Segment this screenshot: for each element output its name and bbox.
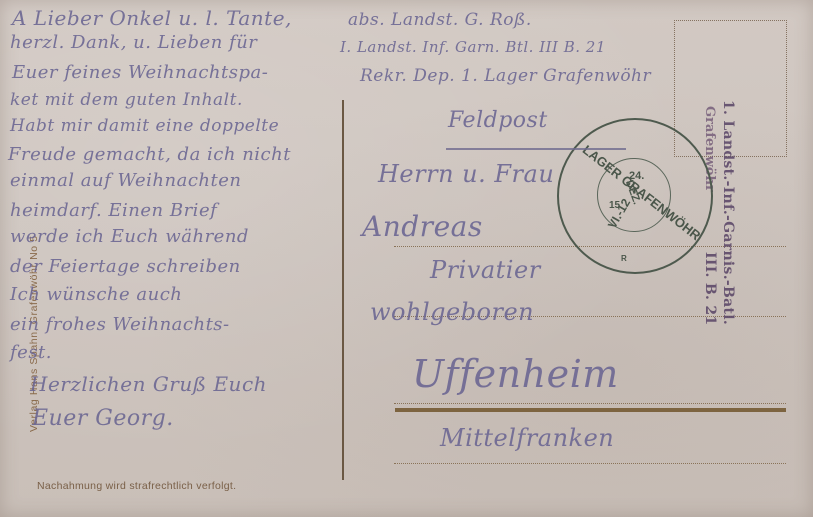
message-line: Ich wünsche auch xyxy=(10,284,182,305)
message-line: A Lieber Onkel u. l. Tante, xyxy=(12,6,292,30)
message-line: herzl. Dank, u. Lieben für xyxy=(10,32,257,53)
recipient-region: Mittelfranken xyxy=(440,424,614,452)
postmark-cancel: LAGER GRAFENWÖHR 24. DEZ. 15 VI.-12 R xyxy=(557,118,713,274)
unit-stamp-line3: III. B. 21 xyxy=(702,252,718,325)
sender-line: abs. Landst. G. Roß. xyxy=(348,10,532,30)
message-signature: Euer Georg. xyxy=(32,406,174,431)
recipient-town: Uffenheim xyxy=(412,352,619,396)
message-line: ein frohes Weihnachts- xyxy=(10,314,230,335)
recipient-extra: wohlgeboren xyxy=(370,298,534,326)
message-line: Freude gemacht, da ich nicht xyxy=(8,144,291,165)
feldpost-underline xyxy=(446,148,626,150)
recipient-name: Andreas xyxy=(362,210,483,243)
recipient-salutation: Herrn u. Frau xyxy=(378,160,554,188)
message-line: werde ich Euch während xyxy=(10,226,249,247)
message-line: einmal auf Weihnachten xyxy=(10,170,242,191)
address-line-3 xyxy=(394,403,786,404)
recipient-occupation: Privatier xyxy=(430,256,541,284)
feldpost-marking: Feldpost xyxy=(448,108,548,133)
sender-line: Rekr. Dep. 1. Lager Grafenwöhr xyxy=(360,66,651,86)
postmark-letter: R xyxy=(621,254,627,263)
sender-line: I. Landst. Inf. Garn. Btl. III B. 21 xyxy=(340,38,606,56)
message-line: ket mit dem guten Inhalt. xyxy=(10,90,243,110)
message-line: Euer feines Weihnachtspa- xyxy=(12,62,268,83)
address-line-4 xyxy=(394,463,786,464)
imitation-warning-note: Nachahmung wird strafrechtlich verfolgt. xyxy=(37,480,236,492)
message-line: Herzlichen Gruß Euch xyxy=(30,372,267,396)
message-line: Habt mir damit eine doppelte xyxy=(10,116,279,136)
postcard-back: Verlag Hans Spahn, Grafenwöhr No 5 Nacha… xyxy=(0,0,813,517)
message-line: heimdarf. Einen Brief xyxy=(10,200,217,221)
card-divider-line xyxy=(342,100,344,480)
address-thick-rule xyxy=(395,408,786,412)
message-line: fest. xyxy=(10,342,52,363)
message-line: der Feiertage schreiben xyxy=(10,256,241,277)
unit-stamp-line1: 1. Landst.-Inf.-Garnis.-Batl. xyxy=(720,100,736,325)
